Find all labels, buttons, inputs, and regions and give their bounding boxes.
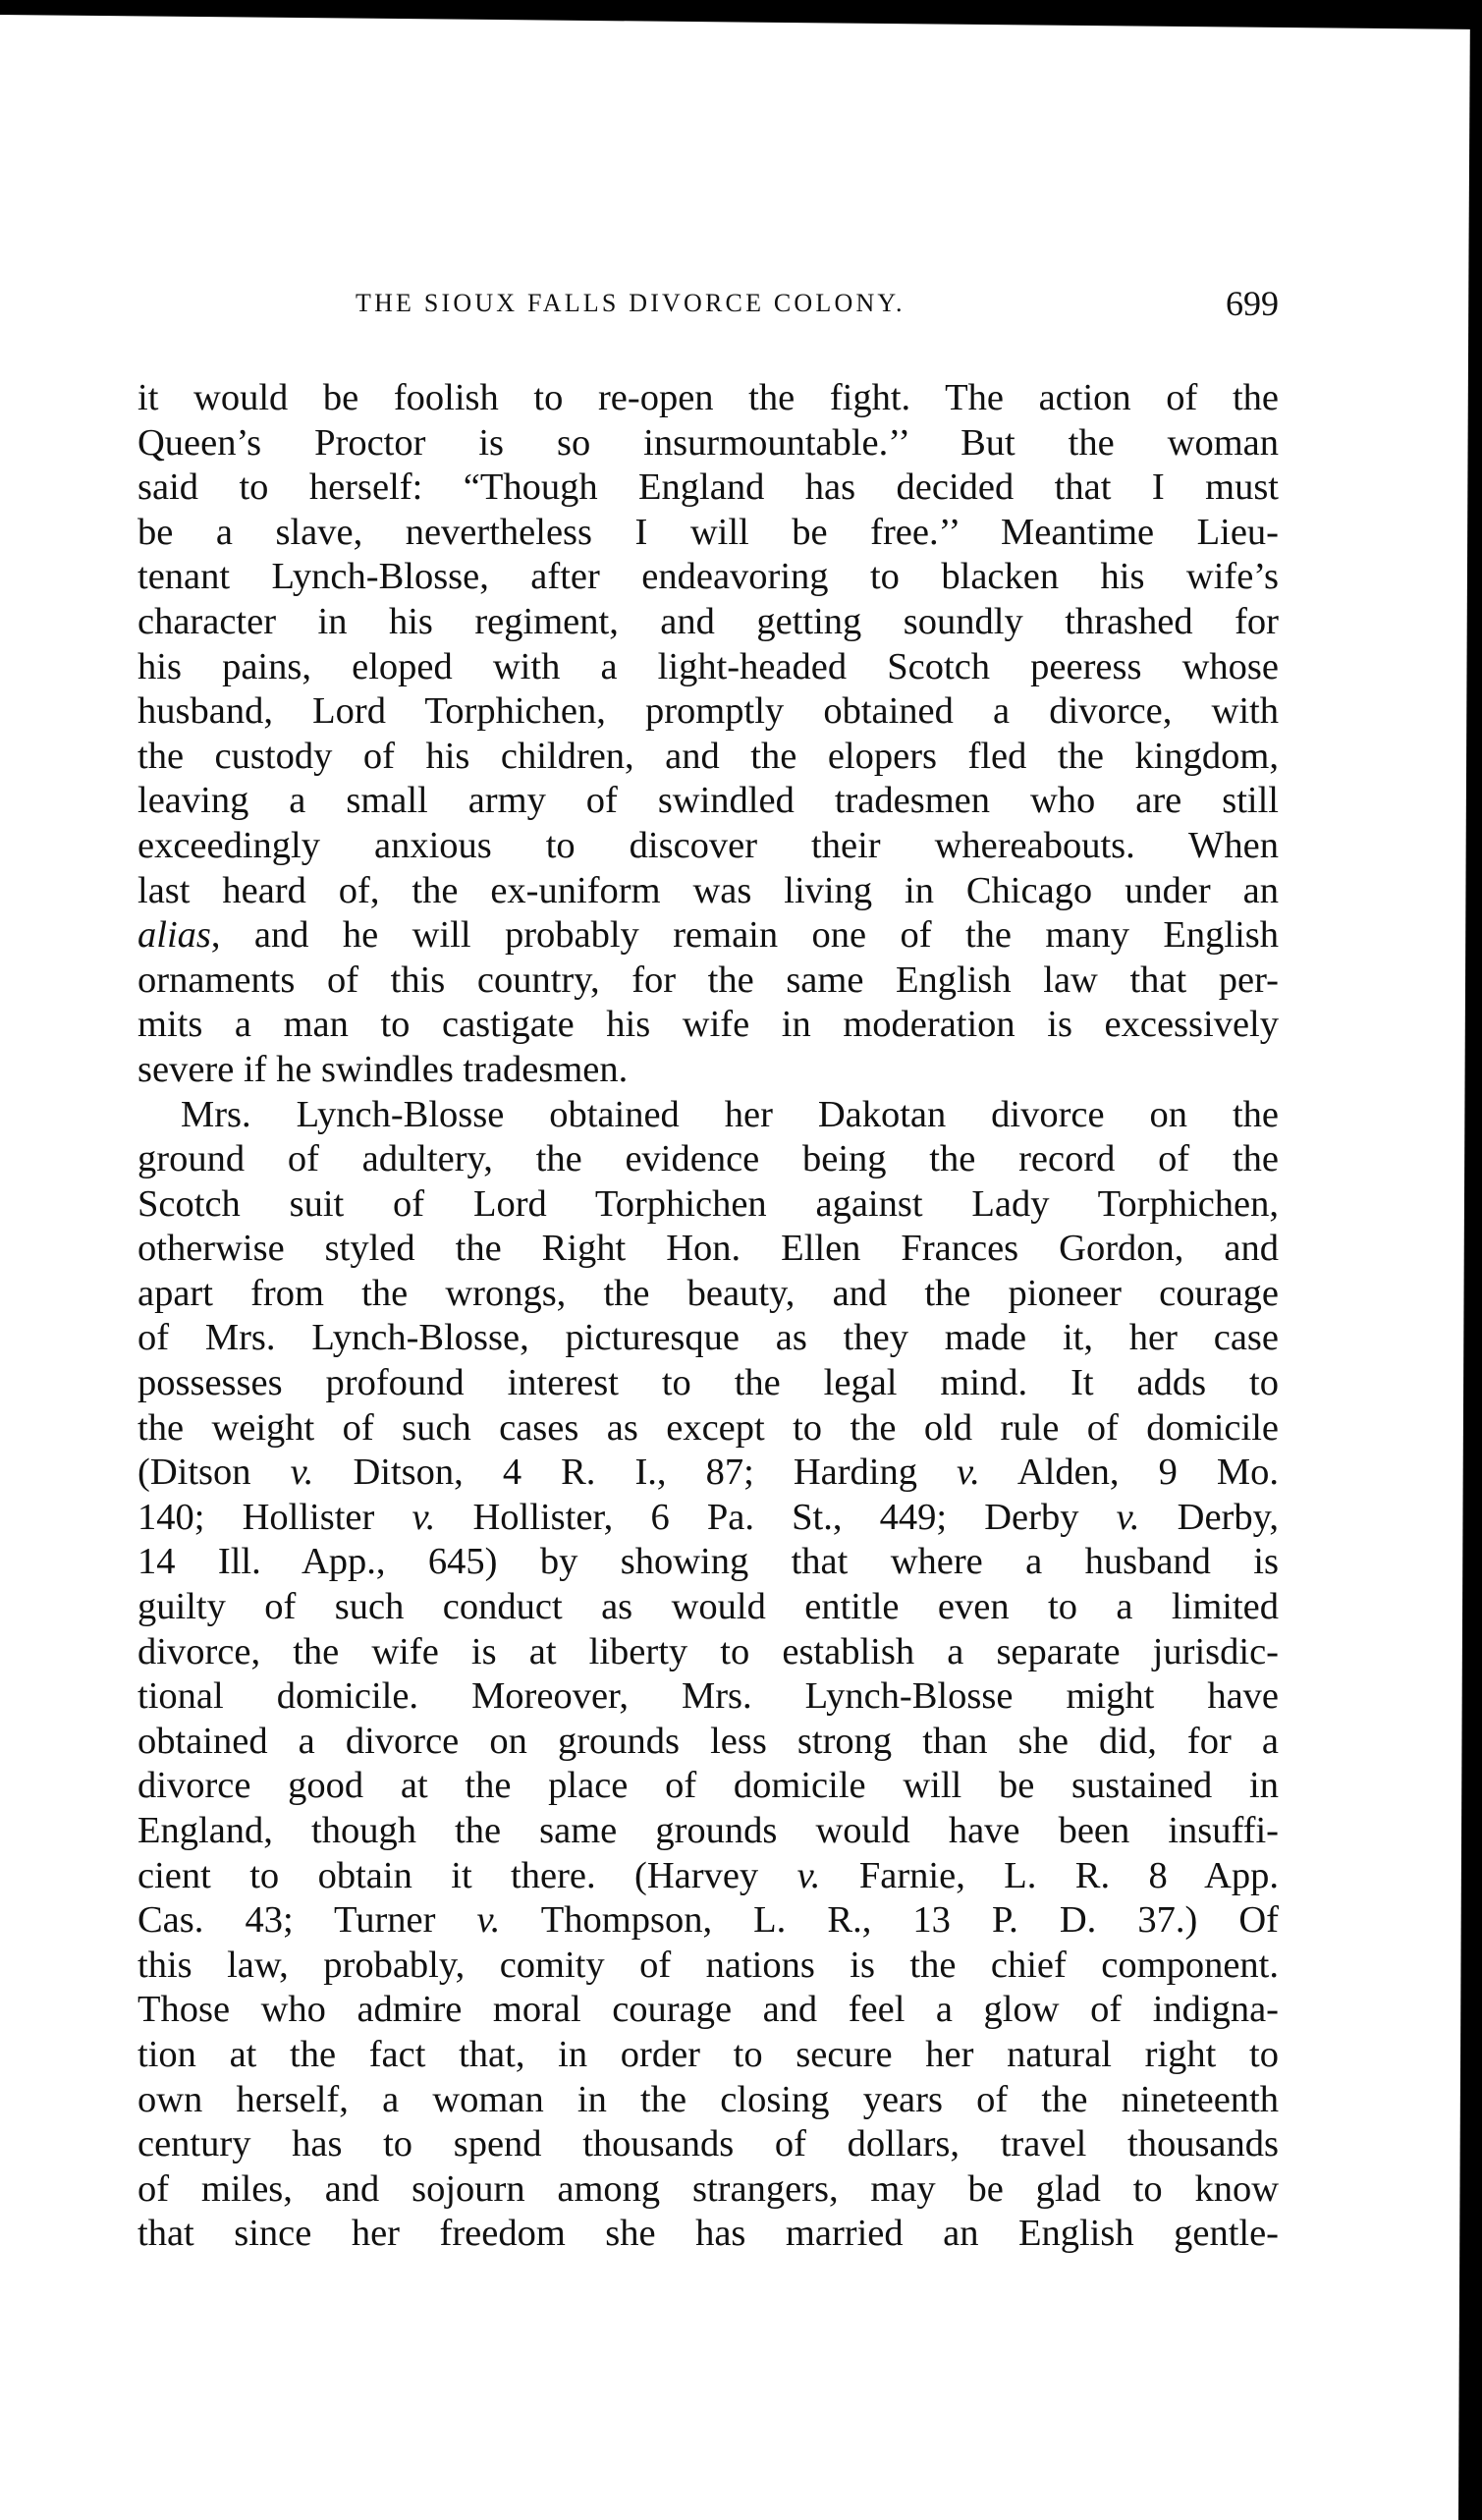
text-line: be a slave, nevertheless I will be free.…: [137, 511, 1279, 556]
text-line: Queen’s Proctor is so insurmountable.’’ …: [137, 421, 1279, 466]
text-line: otherwise styled the Right Hon. Ellen Fr…: [137, 1227, 1279, 1272]
text-line-alias: alias, and he will probably remain one o…: [137, 913, 1279, 959]
text-line: divorce, the wife is at liberty to estab…: [137, 1630, 1279, 1675]
paragraph-start-line: Mrs. Lynch-Blosse obtained her Dakotan d…: [137, 1093, 1279, 1138]
text-line: last heard of, the ex-uniform was living…: [137, 869, 1279, 914]
text-line: character in his regiment, and getting s…: [137, 600, 1279, 645]
text-line: ornaments of this country, for the same …: [137, 959, 1279, 1004]
text-line: century has to spend thousands of dollar…: [137, 2122, 1279, 2167]
citation-line: cient to obtain it there. (Harvey v. Far…: [137, 1854, 1279, 1899]
citation-line: Cas. 43; Turner v. Thompson, L. R., 13 P…: [137, 1898, 1279, 1944]
text-line: mits a man to castigate his wife in mode…: [137, 1003, 1279, 1048]
paragraph-end-line: severe if he swindles tradesmen.: [137, 1048, 1279, 1093]
scan-right-edge: [1453, 0, 1482, 2520]
running-title: THE SIOUX FALLS DIVORCE COLONY.: [356, 289, 906, 318]
body-text: it would be foolish to re-open the fight…: [137, 376, 1279, 2257]
text-line: tion at the fact that, in order to secur…: [137, 2033, 1279, 2078]
text-line: England, though the same grounds would h…: [137, 1809, 1279, 1854]
text-line: said to herself: “Though England has dec…: [137, 466, 1279, 511]
text-line: the weight of such cases as except to th…: [137, 1406, 1279, 1452]
scan-top-edge: [0, 0, 1482, 29]
text-line: leaving a small army of swindled tradesm…: [137, 779, 1279, 824]
italic-word: alias: [137, 914, 211, 956]
text-line: ground of adultery, the evidence being t…: [137, 1137, 1279, 1182]
text-line: Those who admire moral courage and feel …: [137, 1988, 1279, 2033]
text-line: possesses profound interest to the legal…: [137, 1361, 1279, 1406]
text-line: of Mrs. Lynch-Blosse, picturesque as the…: [137, 1316, 1279, 1361]
text-line: 14 Ill. App., 645) by showing that where…: [137, 1540, 1279, 1585]
page-number: 699: [1226, 283, 1279, 324]
text-line: the custody of his children, and the elo…: [137, 735, 1279, 780]
text-line: tenant Lynch-Blosse, after endeavoring t…: [137, 555, 1279, 600]
text-line: Scotch suit of Lord Torphichen against L…: [137, 1182, 1279, 1228]
text-line: tional domicile. Moreover, Mrs. Lynch-Bl…: [137, 1674, 1279, 1720]
text-line: apart from the wrongs, the beauty, and t…: [137, 1272, 1279, 1317]
running-head: THE SIOUX FALLS DIVORCE COLONY. 699: [137, 287, 1279, 326]
text-line: it would be foolish to re-open the fight…: [137, 376, 1279, 421]
text-line: divorce good at the place of domicile wi…: [137, 1764, 1279, 1809]
citation-line: 140; Hollister v. Hollister, 6 Pa. St., …: [137, 1496, 1279, 1541]
text-line: husband, Lord Torphichen, promptly obtai…: [137, 689, 1279, 735]
text-line: his pains, eloped with a light-headed Sc…: [137, 645, 1279, 690]
text-line: of miles, and sojourn among strangers, m…: [137, 2167, 1279, 2213]
text-line: exceedingly anxious to discover their wh…: [137, 824, 1279, 869]
text-line: obtained a divorce on grounds less stron…: [137, 1720, 1279, 1765]
text-line: that since her freedom she has married a…: [137, 2212, 1279, 2257]
text-line: guilty of such conduct as would entitle …: [137, 1585, 1279, 1630]
citation-line: (Ditson v. Ditson, 4 R. I., 87; Harding …: [137, 1451, 1279, 1496]
text-line: this law, probably, comity of nations is…: [137, 1944, 1279, 1989]
text-line: own herself, a woman in the closing year…: [137, 2078, 1279, 2123]
